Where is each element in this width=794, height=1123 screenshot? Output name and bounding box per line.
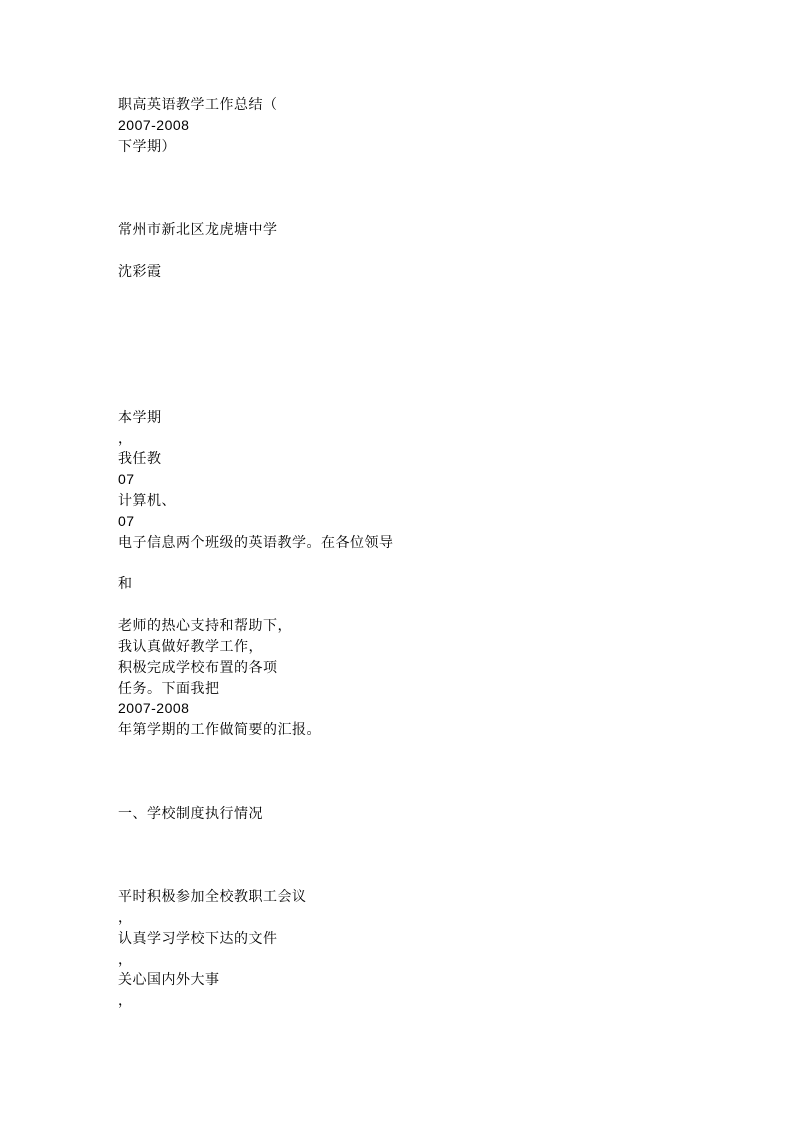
blank-line — [118, 365, 698, 386]
blank-line — [118, 740, 698, 761]
document-page: 职高英语教学工作总结（2007-2008下学期） 常州市新北区龙虎塘中学 沈彩霞… — [0, 0, 794, 1123]
blank-line — [118, 844, 698, 865]
text-line: 常州市新北区龙虎塘中学 — [118, 219, 698, 240]
blank-line — [118, 594, 698, 615]
blank-line — [118, 865, 698, 886]
text-line: 07 — [118, 511, 698, 532]
blank-line — [118, 824, 698, 845]
blank-line — [118, 240, 698, 261]
text-line: 平时积极参加全校教职工会议 — [118, 886, 698, 907]
text-line: 关心国内外大事 — [118, 969, 698, 990]
text-line: ， — [118, 428, 698, 449]
text-line: 沈彩霞 — [118, 261, 698, 282]
blank-line — [118, 177, 698, 198]
blank-line — [118, 302, 698, 323]
document-body: 职高英语教学工作总结（2007-2008下学期） 常州市新北区龙虎塘中学 沈彩霞… — [118, 94, 698, 1011]
text-line: 认真学习学校下达的文件 — [118, 928, 698, 949]
text-line: 一、学校制度执行情况 — [118, 803, 698, 824]
text-line: ， — [118, 907, 698, 928]
text-line: 电子信息两个班级的英语教学。在各位领导 — [118, 532, 698, 553]
blank-line — [118, 553, 698, 574]
blank-line — [118, 323, 698, 344]
text-line: 年第学期的工作做简要的汇报。 — [118, 719, 698, 740]
text-line: 职高英语教学工作总结（ — [118, 94, 698, 115]
text-line: 2007-2008 — [118, 115, 698, 136]
text-line: 老师的热心支持和帮助下， — [118, 615, 698, 636]
text-line: 我任教 — [118, 448, 698, 469]
text-line: 积极完成学校布置的各项 — [118, 657, 698, 678]
text-line: ， — [118, 949, 698, 970]
text-line: 任务。下面我把 — [118, 678, 698, 699]
text-line: ， — [118, 990, 698, 1011]
text-line: 计算机、 — [118, 490, 698, 511]
text-line: 本学期 — [118, 407, 698, 428]
text-line: 我认真做好教学工作， — [118, 636, 698, 657]
text-line: 下学期） — [118, 136, 698, 157]
blank-line — [118, 344, 698, 365]
blank-line — [118, 282, 698, 303]
blank-line — [118, 761, 698, 782]
text-line: 2007-2008 — [118, 698, 698, 719]
blank-line — [118, 386, 698, 407]
blank-line — [118, 198, 698, 219]
blank-line — [118, 157, 698, 178]
text-line: 07 — [118, 469, 698, 490]
blank-line — [118, 782, 698, 803]
text-line: 和 — [118, 573, 698, 594]
